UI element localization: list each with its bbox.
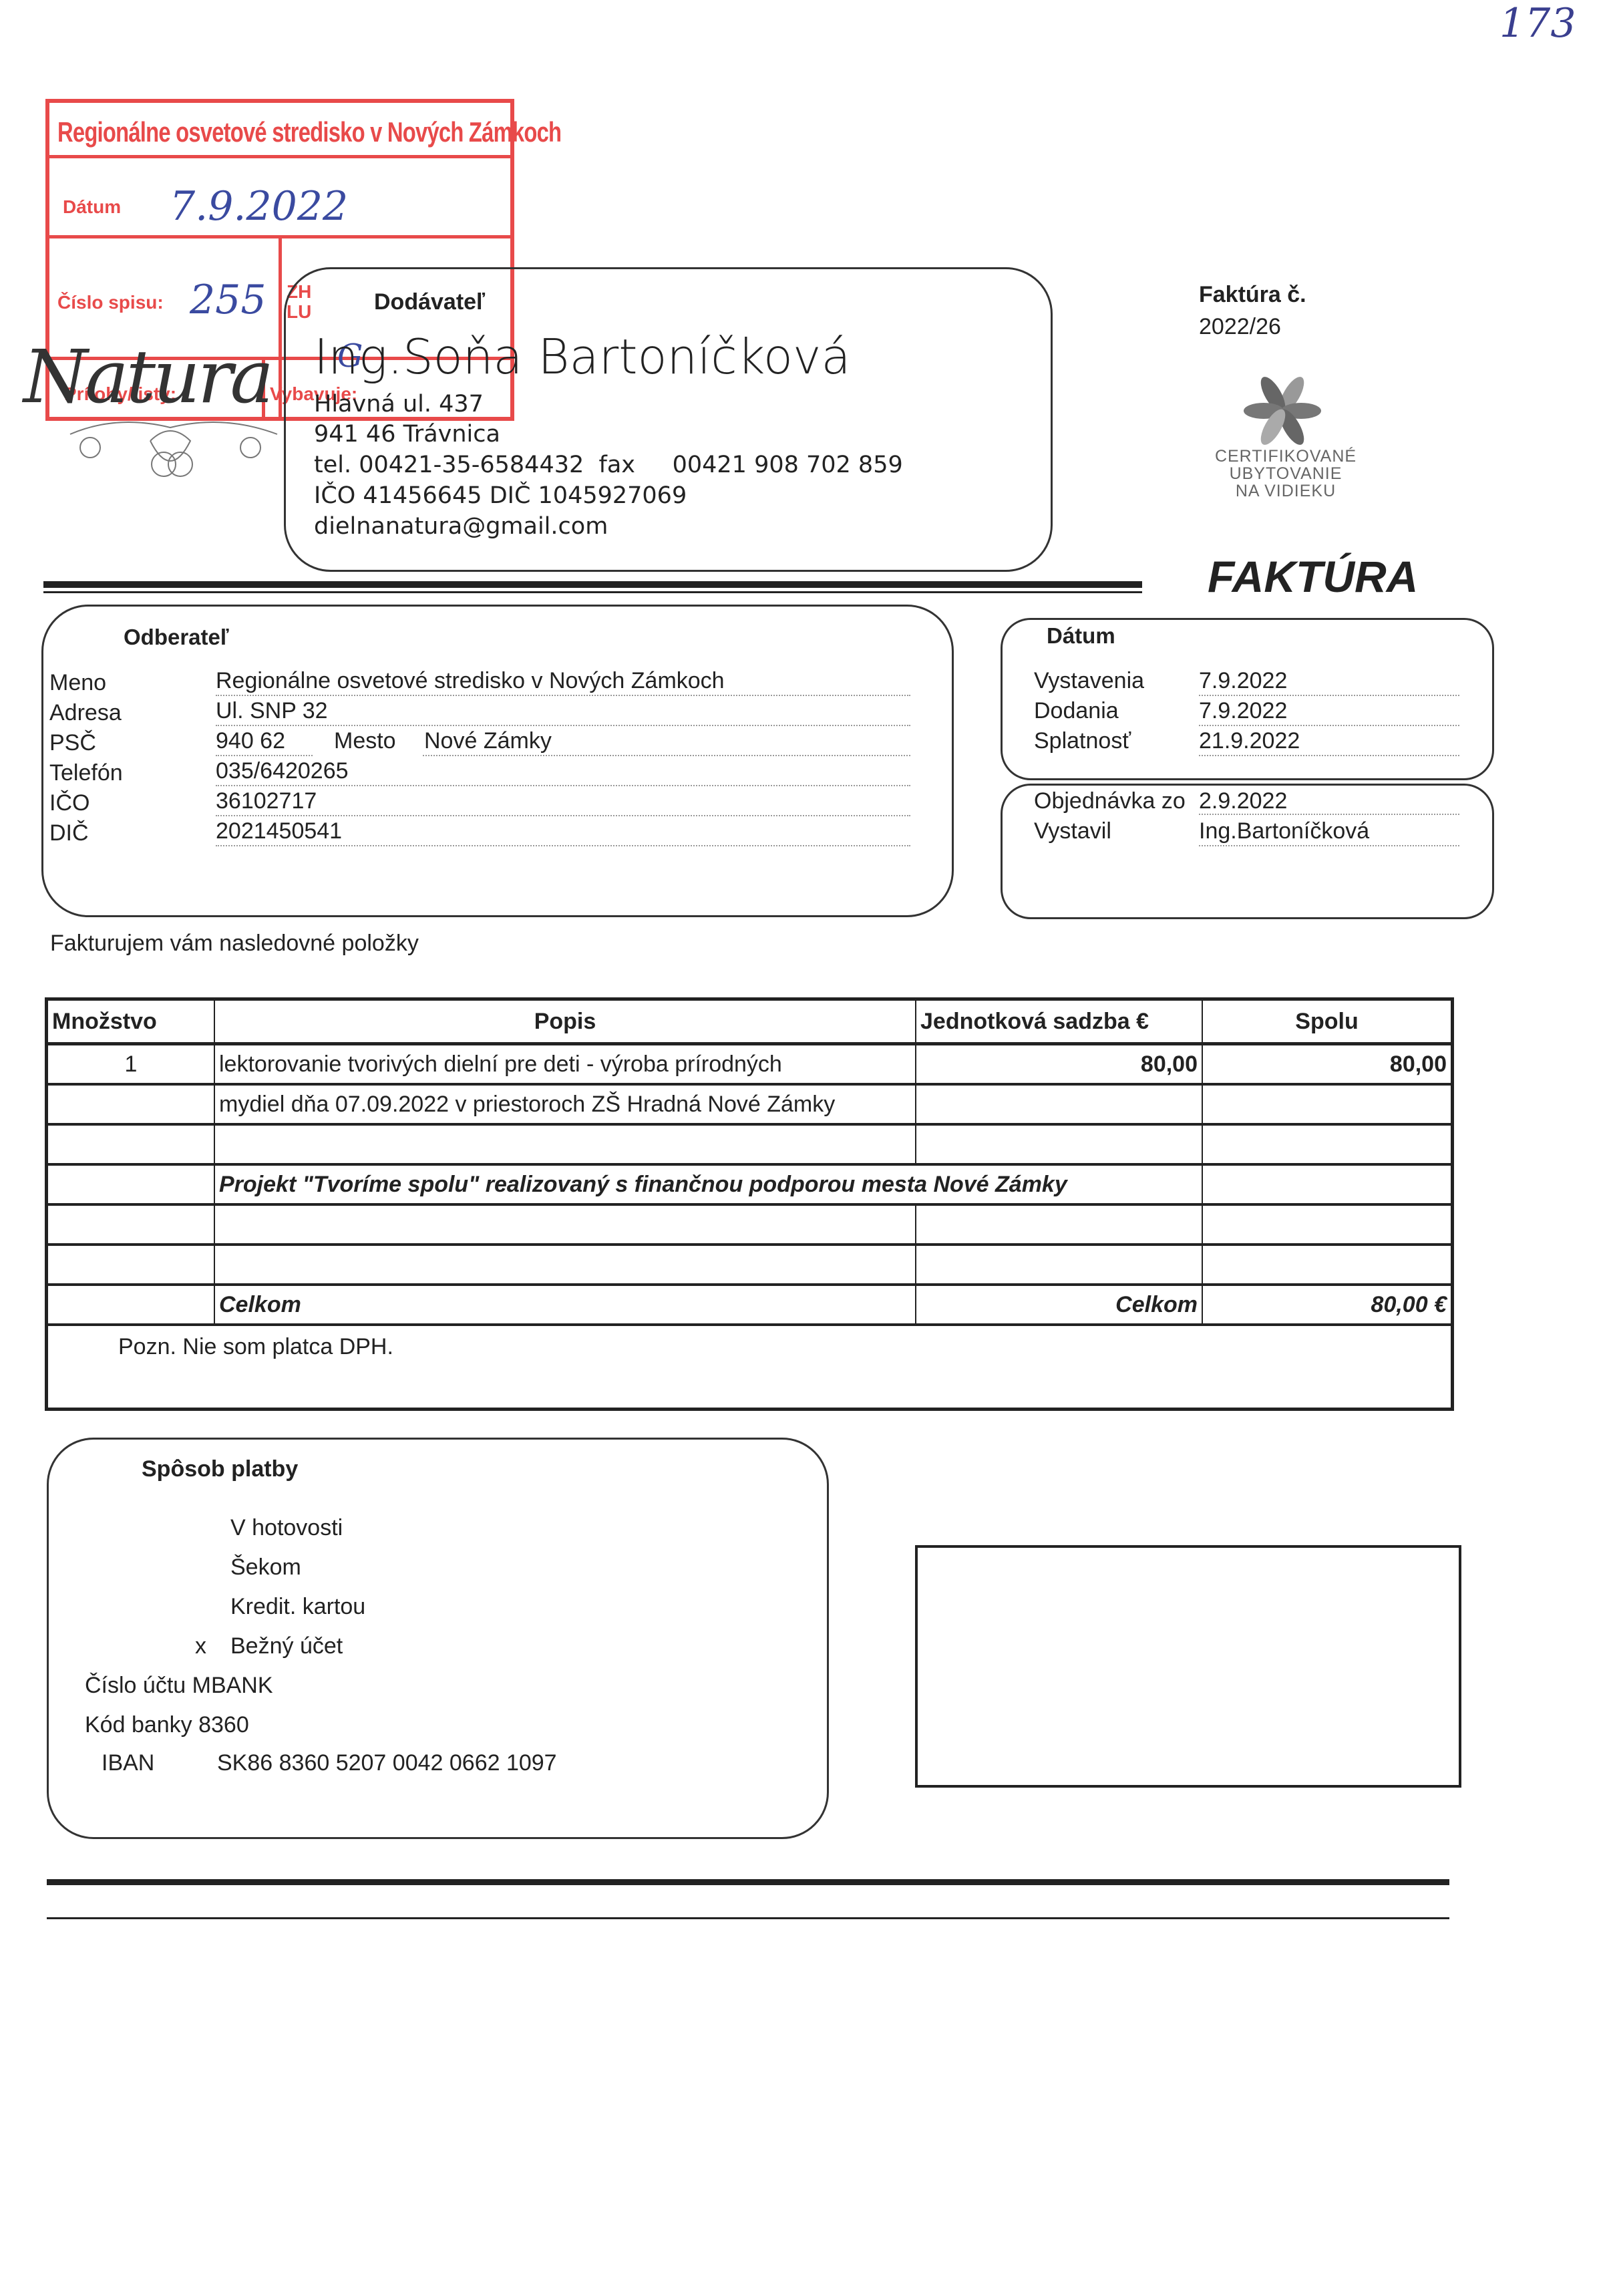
payment-title: Spôsob platby <box>142 1456 298 1482</box>
grand-total: 80,00 € <box>1202 1285 1453 1325</box>
customer-city-label: Mesto <box>334 728 396 754</box>
supplier-city: 941 46 Trávnica <box>314 421 500 448</box>
stamp-title: Regionálne osvetové stredisko v Nových Z… <box>57 116 561 148</box>
item-desc: lektorovanie tvorivých dielní pre deti -… <box>214 1044 916 1085</box>
supplier-name: Ing.Soňa Bartoníčková <box>314 329 851 385</box>
table-header-row: Množstvo Popis Jednotková sadzba € Spolu <box>47 999 1453 1044</box>
item-qty <box>47 1084 215 1124</box>
item-total <box>1202 1124 1453 1164</box>
vat-note: Pozn. Nie som platca DPH. <box>47 1325 1453 1410</box>
supplier-street: Hlavná ul. 437 <box>314 391 484 418</box>
field-underline <box>216 695 910 696</box>
customer-zip-label: PSČ <box>49 730 96 756</box>
stamp-file-no-label: Číslo spisu: <box>57 292 164 313</box>
header-rule <box>43 581 1142 588</box>
payment-option-card: Kredit. kartou <box>230 1594 365 1620</box>
item-total <box>1202 1084 1453 1124</box>
payment-check-mark: x <box>195 1633 206 1659</box>
item-unit <box>916 1084 1202 1124</box>
customer-ico-value: 36102717 <box>216 788 317 814</box>
supplier-title: Dodávateľ <box>374 289 485 315</box>
document-title: FAKTÚRA <box>1208 551 1418 602</box>
project-note: Projekt "Tvoríme spolu" realizovaný s fi… <box>214 1164 1202 1204</box>
field-underline <box>423 755 910 756</box>
customer-name-label: Meno <box>49 670 106 696</box>
date-due-label: Splatnosť <box>1034 728 1131 754</box>
iban-label: IBAN <box>102 1750 154 1776</box>
field-underline <box>216 725 910 726</box>
customer-address-value: Ul. SNP 32 <box>216 698 328 724</box>
footer-rule-thin <box>47 1917 1449 1919</box>
iban-value: SK86 8360 5207 0042 0662 1097 <box>217 1750 557 1776</box>
table-row: 1 lektorovanie tvorivých dielní pre deti… <box>47 1044 1453 1085</box>
issued-by-label: Vystavil <box>1034 818 1111 844</box>
dates-title: Dátum <box>1047 623 1115 649</box>
invoice-number: 2022/26 <box>1199 314 1281 340</box>
signature-box <box>915 1545 1461 1788</box>
field-underline <box>1199 725 1459 726</box>
field-underline <box>216 785 910 786</box>
field-underline <box>1199 814 1459 815</box>
stamp-date-label: Dátum <box>63 196 121 218</box>
item-desc: mydiel dňa 07.09.2022 v priestoroch ZŠ H… <box>214 1084 916 1124</box>
item-desc <box>214 1245 916 1285</box>
field-underline <box>216 845 910 846</box>
field-underline <box>1199 845 1459 846</box>
item-desc <box>214 1204 916 1245</box>
empty-cell <box>47 1285 215 1325</box>
table-row: Projekt "Tvoríme spolu" realizovaný s fi… <box>47 1164 1453 1204</box>
customer-address-label: Adresa <box>49 700 122 726</box>
supplier-ids: IČO 41456645 DIČ 1045927069 <box>314 482 687 509</box>
item-unit <box>916 1204 1202 1245</box>
table-row <box>47 1124 1453 1164</box>
item-total <box>1202 1245 1453 1285</box>
table-row: mydiel dňa 07.09.2022 v priestoroch ZŠ H… <box>47 1084 1453 1124</box>
field-underline <box>216 815 910 816</box>
footer-rule <box>47 1879 1449 1885</box>
certification-logo-icon <box>1242 374 1322 448</box>
customer-city-value: Nové Zámky <box>424 728 552 754</box>
item-qty <box>47 1124 215 1164</box>
item-qty <box>47 1204 215 1245</box>
invoice-number-label: Faktúra č. <box>1199 282 1306 308</box>
item-qty: 1 <box>47 1044 215 1085</box>
table-row <box>47 1245 1453 1285</box>
order-date-value: 2.9.2022 <box>1199 788 1287 814</box>
customer-phone-label: Telefón <box>49 760 123 786</box>
field-underline <box>216 755 313 756</box>
payment-option-bank-account: Bežný účet <box>230 1633 343 1659</box>
header-description: Popis <box>214 999 916 1044</box>
date-delivered-label: Dodania <box>1034 698 1119 724</box>
table-row <box>47 1204 1453 1245</box>
item-total <box>1202 1164 1453 1204</box>
header-rule-thin <box>43 591 1142 593</box>
header-unit-price: Jednotková sadzba € <box>916 999 1202 1044</box>
page-number-handwritten: 173 <box>1499 0 1576 47</box>
stamp-date-value: 7.9.2022 <box>170 183 348 230</box>
ornament-icon <box>63 401 284 488</box>
note-row: Pozn. Nie som platca DPH. <box>47 1325 1453 1410</box>
certification-logo-text: CERTIFIKOVANÉ UBYTOVANIE NA VIDIEKU <box>1209 448 1363 500</box>
total-label-left: Celkom <box>214 1285 916 1325</box>
customer-name-value: Regionálne osvetové stredisko v Nových Z… <box>216 668 725 694</box>
bank-code: Kód banky 8360 <box>85 1712 249 1738</box>
supplier-email[interactable]: dielnanatura@gmail.com <box>314 513 608 540</box>
total-label-right: Celkom <box>916 1285 1202 1325</box>
date-issued-value: 7.9.2022 <box>1199 668 1287 694</box>
payment-option-check: Šekom <box>230 1554 301 1581</box>
customer-zip-value: 940 62 <box>216 728 285 754</box>
item-qty <box>47 1164 215 1204</box>
item-total: 80,00 <box>1202 1044 1453 1085</box>
account-number: Číslo účtu MBANK <box>85 1673 273 1699</box>
stamp-file-no-value: 255 <box>190 277 266 323</box>
totals-row: Celkom Celkom 80,00 € <box>47 1285 1453 1325</box>
customer-title: Odberateľ <box>124 625 229 650</box>
customer-ico-label: IČO <box>49 790 90 816</box>
customer-dic-label: DIČ <box>49 820 89 846</box>
order-date-label: Objednávka zo <box>1034 788 1201 814</box>
item-unit <box>916 1124 1202 1164</box>
payment-box <box>47 1438 829 1839</box>
issued-by-value: Ing.Bartoníčková <box>1199 818 1369 844</box>
date-issued-label: Vystavenia <box>1034 668 1144 694</box>
payment-option-cash: V hotovosti <box>230 1515 343 1541</box>
stamp-divider <box>49 155 510 158</box>
items-table: Množstvo Popis Jednotková sadzba € Spolu… <box>45 997 1454 1411</box>
items-intro: Fakturujem vám nasledovné položky <box>50 931 419 957</box>
header-quantity: Množstvo <box>47 999 215 1044</box>
field-underline <box>1199 695 1459 696</box>
item-unit <box>916 1245 1202 1285</box>
field-underline <box>1199 755 1459 756</box>
item-desc <box>214 1124 916 1164</box>
customer-box <box>41 605 954 917</box>
customer-dic-value: 2021450541 <box>216 818 342 844</box>
date-delivered-value: 7.9.2022 <box>1199 698 1287 724</box>
item-unit: 80,00 <box>916 1044 1202 1085</box>
item-qty <box>47 1245 215 1285</box>
supplier-phone: tel. 00421-35-6584432 fax 00421 908 702 … <box>314 452 903 478</box>
item-total <box>1202 1204 1453 1245</box>
customer-phone-value: 035/6420265 <box>216 758 349 784</box>
header-total: Spolu <box>1202 999 1453 1044</box>
date-due-value: 21.9.2022 <box>1199 728 1300 754</box>
